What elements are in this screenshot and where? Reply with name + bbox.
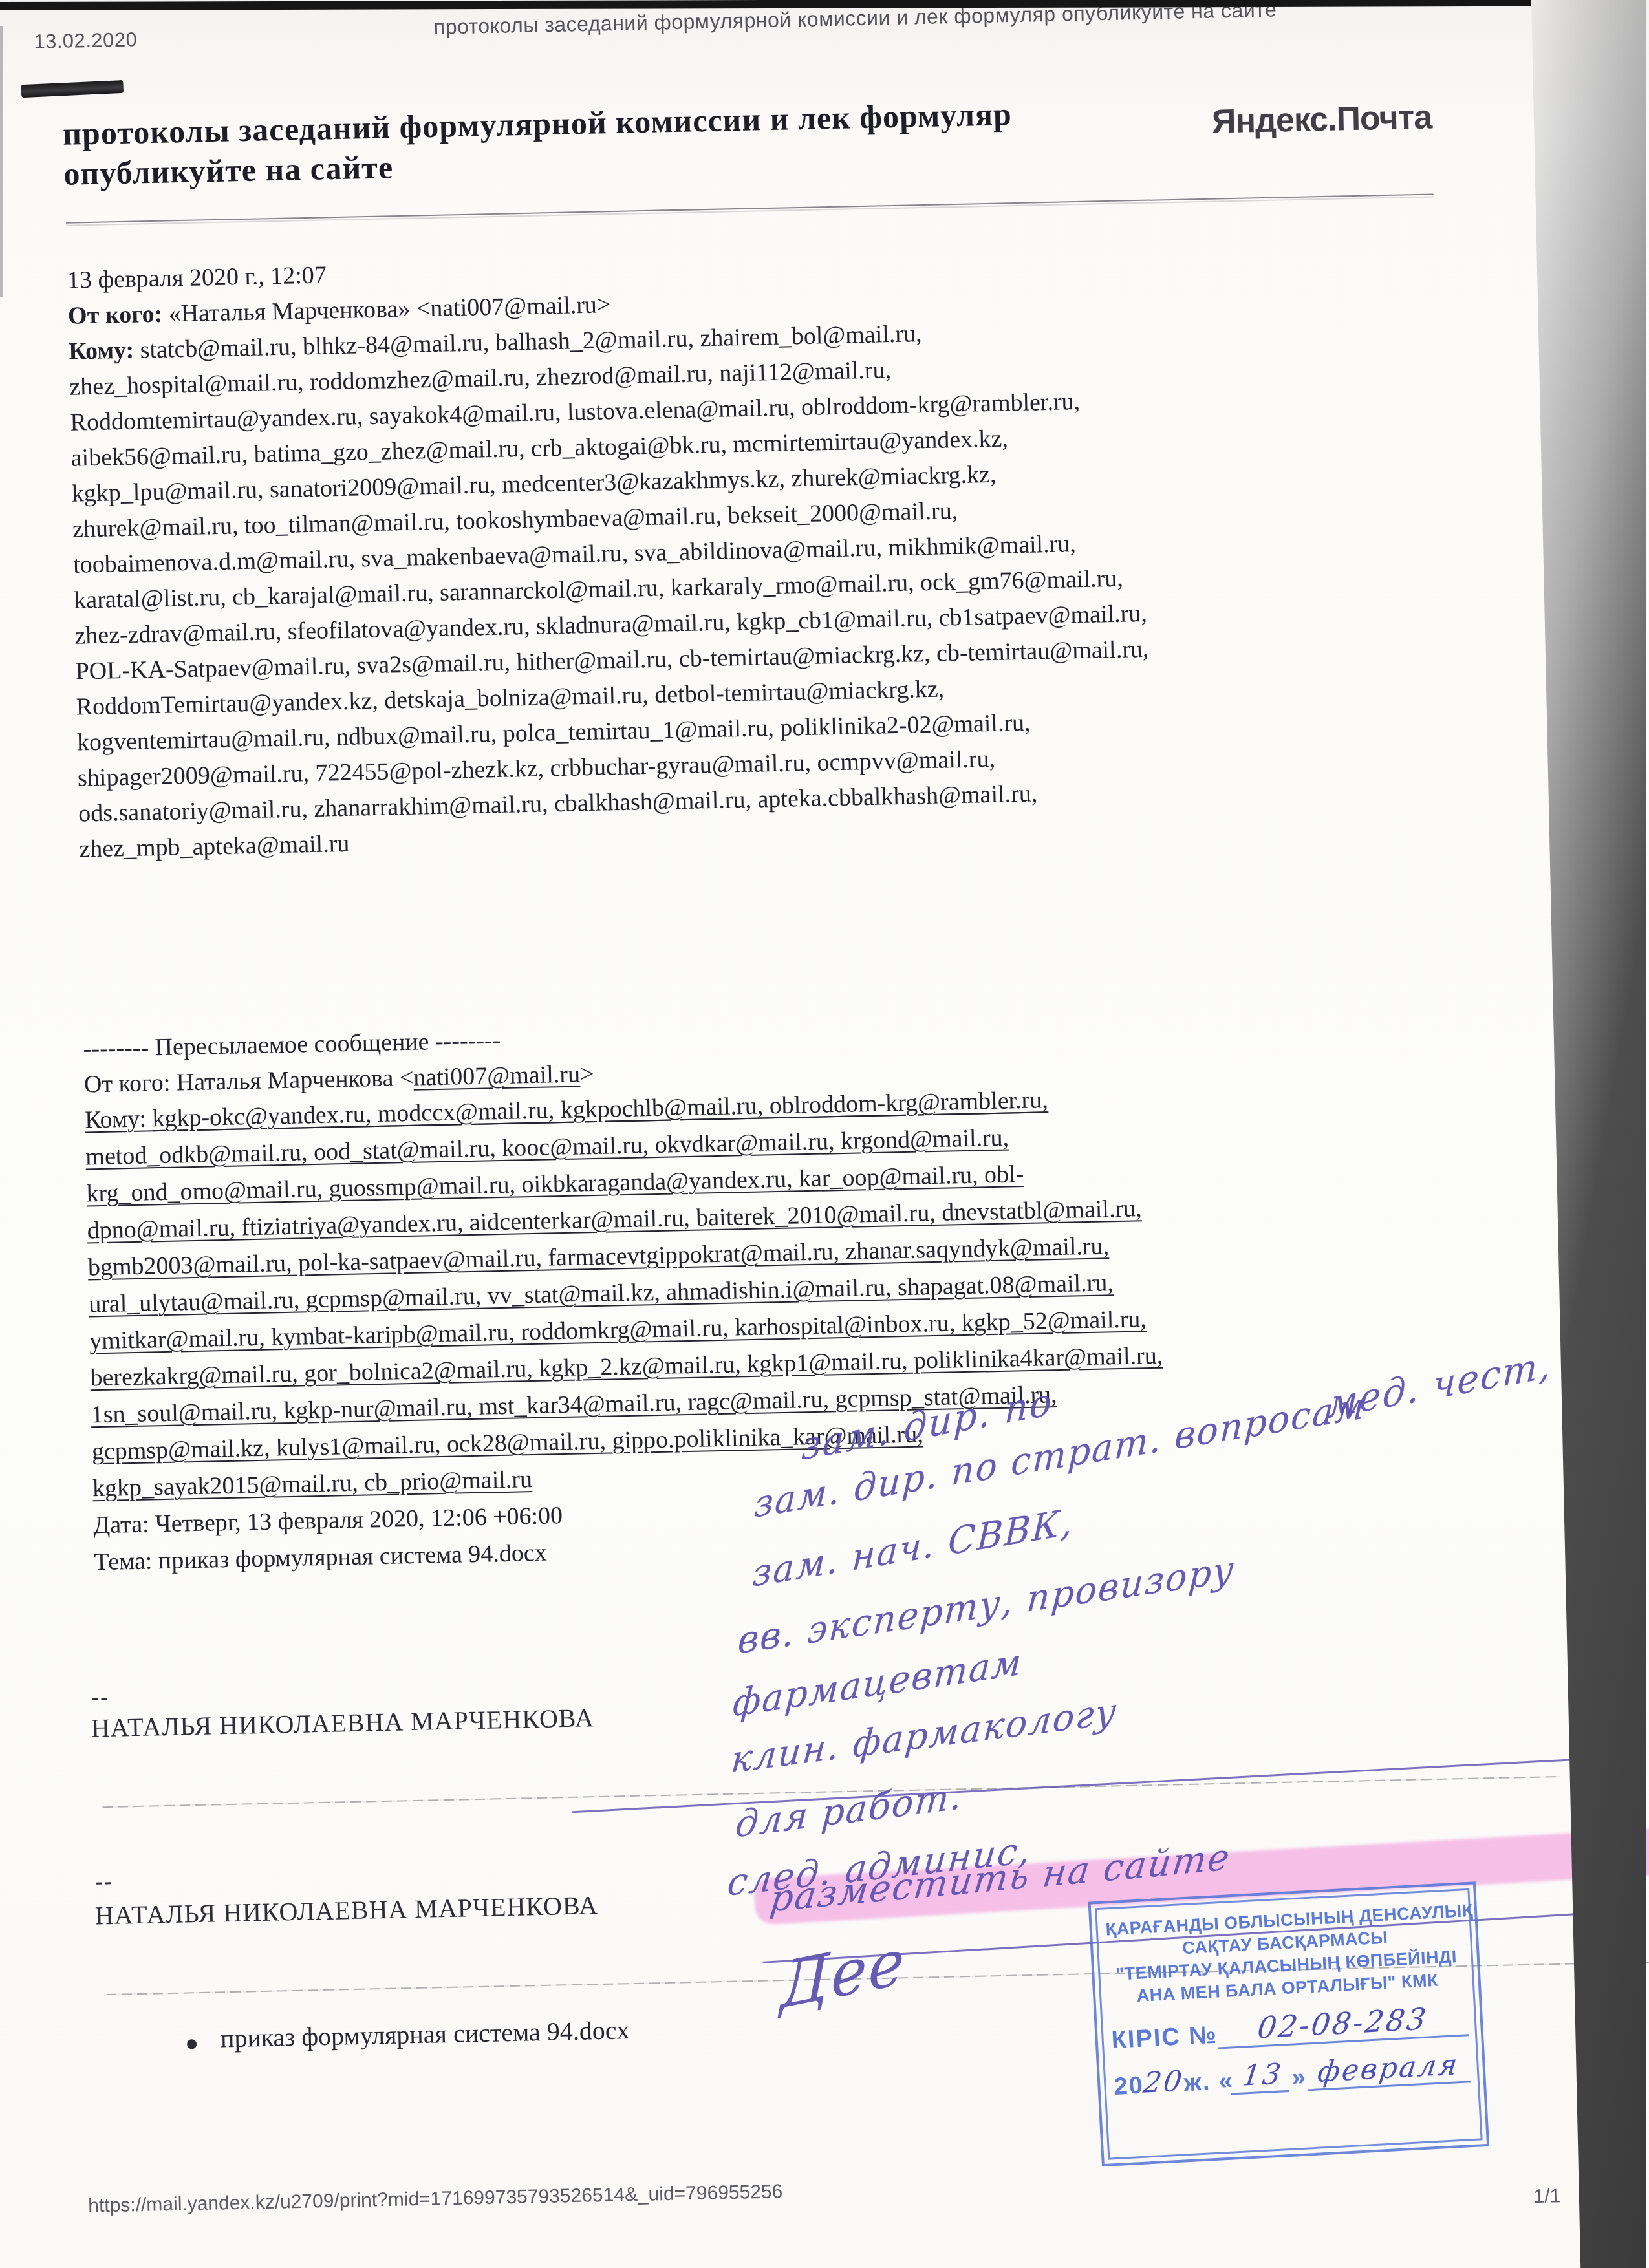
from-label: От кого: — [68, 301, 163, 330]
print-footer-url: https://mail.yandex.kz/u2709/print?mid=1… — [88, 2181, 783, 2217]
signature-name: НАТАЛЬЯ НИКОЛАЕВНА МАРЧЕНКОВА — [91, 1702, 594, 1743]
incoming-stamp: ҚАРАҒАНДЫ ОБЛЫСЫНЫҢ ДЕНСАУЛЫҚСАҚТАУ БАСҚ… — [1088, 1881, 1490, 2166]
stamp-day-handwritten: 13 — [1231, 2057, 1294, 2095]
stamp-entry-number-row: КІРІС № 02-08-283 — [1110, 1999, 1469, 2055]
handwritten-note-line: Дее — [780, 1924, 907, 2023]
recipients-block: Кому: statcb@mail.ru, blhkz-84@mail.ru, … — [69, 304, 1515, 867]
header-divider-line — [66, 193, 1434, 223]
signature-dashes: -- — [95, 1870, 113, 1895]
email-subject-title: протоколы заседаний формулярной комиссии… — [63, 90, 1215, 194]
scanned-page: 13.02.2020 протоколы заседаний формулярн… — [0, 0, 1649, 2268]
stamp-entry-label: КІРІС № — [1111, 2022, 1218, 2055]
forwarded-from-prefix: От кого: Наталья Марченкова < — [84, 1064, 414, 1098]
stamp-year-handwritten: 20 — [1141, 2064, 1185, 2100]
stamp-month-handwritten: февраля — [1316, 2048, 1461, 2089]
signature-name: НАТАЛЬЯ НИКОЛАЕВНА МАРЧЕНКОВА — [94, 1890, 598, 1931]
print-header-date: 13.02.2020 — [34, 28, 138, 53]
scan-left-edge — [0, 26, 3, 297]
signature-dashes: -- — [91, 1685, 109, 1711]
scan-content: 13.02.2020 протоколы заседаний формулярн… — [0, 0, 1649, 2268]
from-value: «Наталья Марченкова» <nati007@mail.ru> — [168, 291, 610, 327]
incoming-stamp-frame: ҚАРАҒАНДЫ ОБЛЫСЫНЫҢ ДЕНСАУЛЫҚСАҚТАУ БАСҚ… — [1095, 1888, 1483, 2160]
stamp-entry-number-handwritten: 02-08-283 — [1255, 2001, 1429, 2045]
stamp-date-row: 20 20 ж. « 13 » февраля — [1113, 2048, 1471, 2101]
pen-underline — [572, 1757, 1618, 1813]
stamp-quote-close: » — [1291, 2063, 1308, 2091]
attachment-name[interactable]: приказ формулярная система 94.docx — [220, 2015, 630, 2053]
yandex-mail-logo: Яндекс.Почта — [1212, 98, 1432, 142]
bullet-icon — [187, 2039, 197, 2049]
handwritten-note-line: для работ. — [734, 1775, 965, 1846]
stamp-year-suffix: ж. « — [1183, 2067, 1234, 2097]
forwarded-to-label: Кому: — [85, 1105, 147, 1133]
print-footer-page-number: 1/1 — [1533, 2185, 1560, 2208]
stamp-year-prefix: 20 — [1113, 2072, 1144, 2101]
message-date: 13 февраля 2020 г., 12:07 — [67, 257, 327, 298]
scan-smudge-mark — [21, 80, 124, 98]
forwarded-from-suffix: > — [580, 1060, 594, 1087]
forwarded-from-email-link[interactable]: nati007@mail.ru — [413, 1060, 580, 1091]
to-label: Кому: — [69, 337, 135, 365]
